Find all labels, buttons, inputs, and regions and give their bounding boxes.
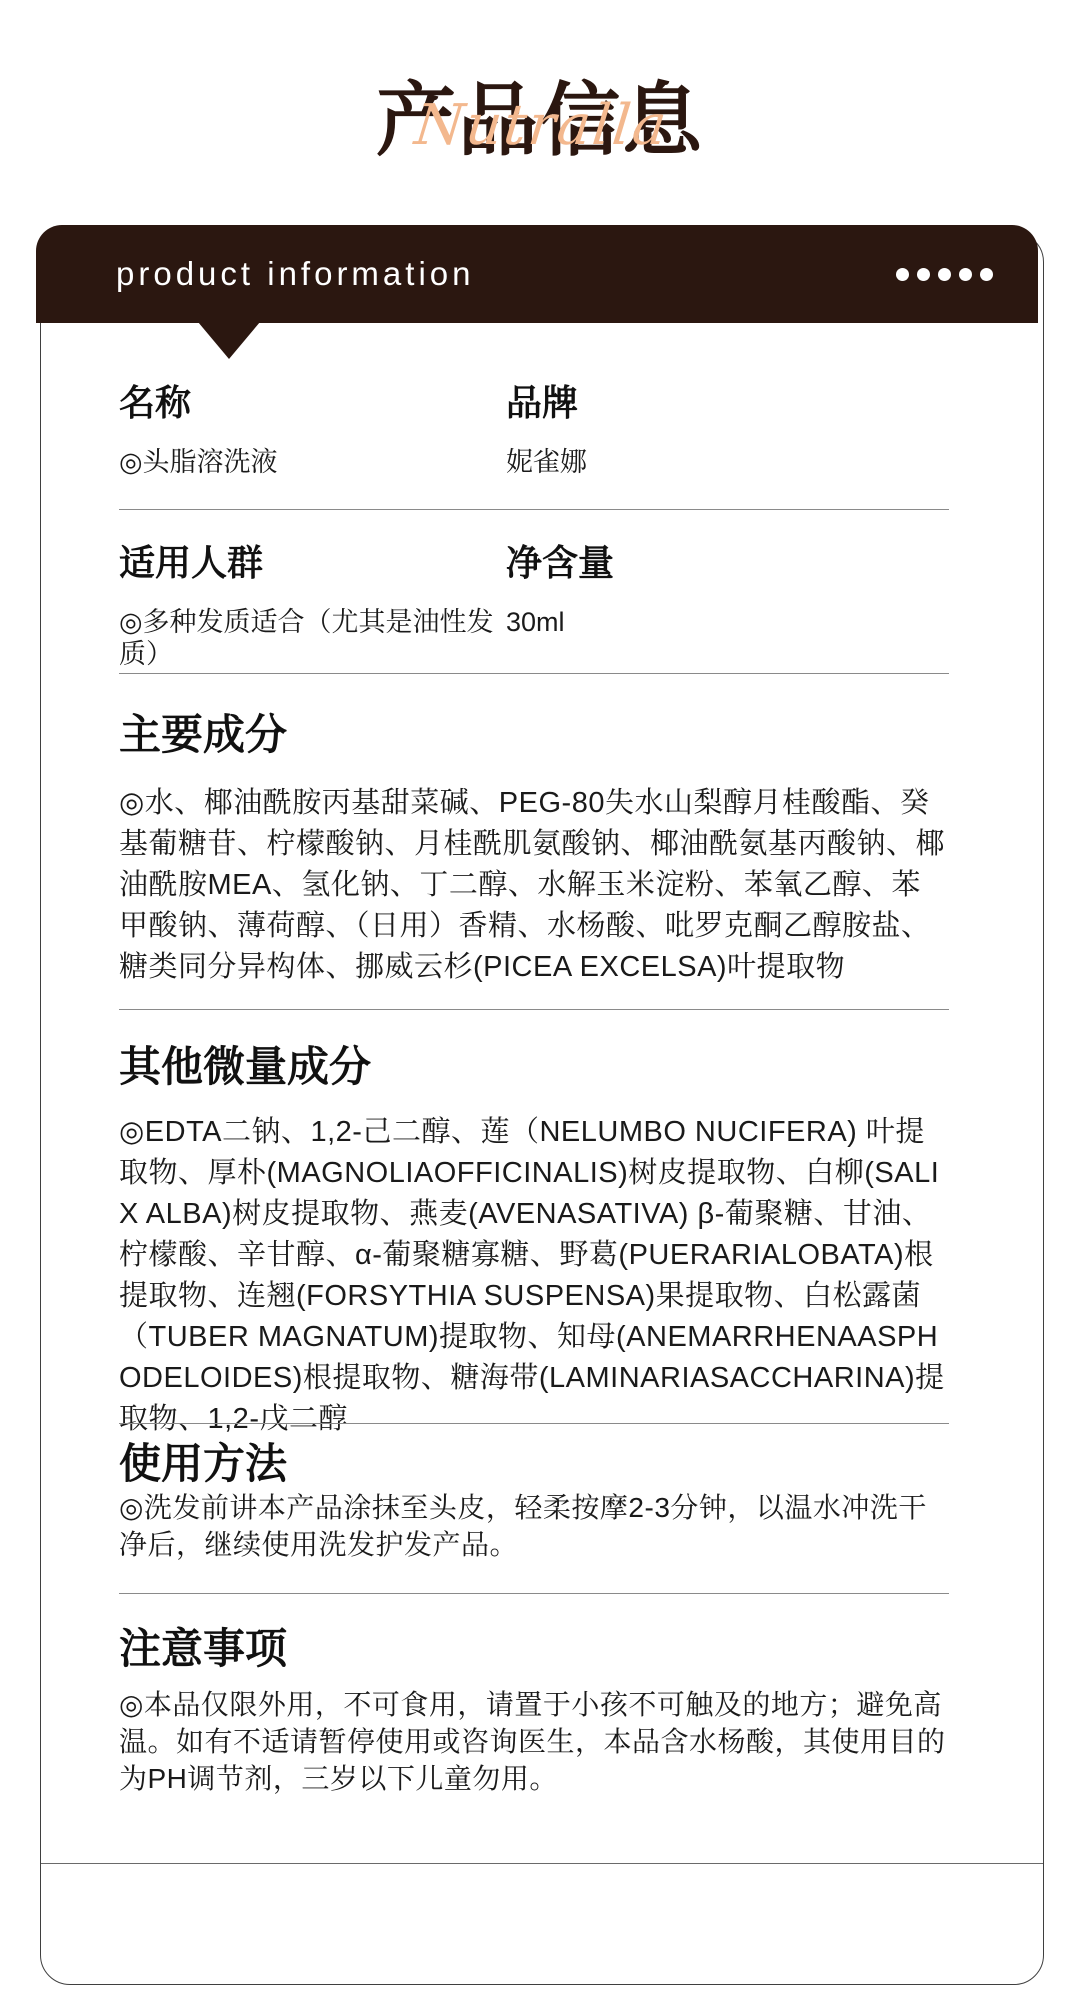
section-main-ingredients-heading: 主要成分 <box>119 713 949 759</box>
dot-icon <box>917 268 930 281</box>
field-users: 适用人群 ◎多种发质适合（尤其是油性发质） <box>119 544 506 670</box>
divider <box>119 1009 949 1010</box>
field-brand: 品牌 妮雀娜 <box>506 384 949 478</box>
field-users-heading: 适用人群 <box>119 544 506 584</box>
section-trace-ingredients-heading: 其他微量成分 <box>119 1045 949 1091</box>
field-volume-value: 30ml <box>506 606 949 638</box>
field-name: 名称 ◎头脂溶洗液 <box>119 384 506 478</box>
section-trace-ingredients-body: ◎EDTA二钠、1,2-己二醇、莲（NELUMBO NUCIFERA) 叶提取物… <box>119 1112 949 1440</box>
speech-tail <box>198 322 260 359</box>
dot-icon <box>959 268 972 281</box>
field-name-value: ◎头脂溶洗液 <box>119 446 506 478</box>
section-main-ingredients-body: ◎水、椰油酰胺丙基甜菜碱、PEG-80失水山梨醇月桂酸酯、癸基葡糖苷、柠檬酸钠、… <box>119 783 949 988</box>
product-info-card: 名称 ◎头脂溶洗液 品牌 妮雀娜 适用人群 ◎多种发质适合（尤其是油性发质） 净… <box>40 232 1044 1985</box>
dot-icon <box>980 268 993 281</box>
divider <box>119 1423 949 1424</box>
field-volume-heading: 净含量 <box>506 544 949 584</box>
brand-watermark: Nutralla <box>411 92 671 159</box>
section-precautions-heading: 注意事项 <box>119 1627 949 1673</box>
dot-icon <box>896 268 909 281</box>
field-brand-heading: 品牌 <box>506 384 949 424</box>
card-header-label: product information <box>116 255 474 293</box>
section-usage-body: ◎洗发前讲本产品涂抹至头皮，轻柔按摩2-3分钟，以温水冲洗干净后，继续使用洗发护… <box>119 1489 949 1563</box>
field-name-heading: 名称 <box>119 384 506 424</box>
field-brand-value: 妮雀娜 <box>506 446 949 478</box>
card-footer-line <box>41 1863 1043 1864</box>
card-header-bar: product information <box>36 225 1038 323</box>
divider <box>119 1593 949 1594</box>
header-dots <box>888 268 993 281</box>
divider <box>119 673 949 674</box>
section-precautions-body: ◎本品仅限外用，不可食用，请置于小孩不可触及的地方；避免高温。如有不适请暂停使用… <box>119 1686 949 1797</box>
dot-icon <box>938 268 951 281</box>
field-volume: 净含量 30ml <box>506 544 949 670</box>
divider <box>119 509 949 510</box>
section-usage-heading: 使用方法 <box>119 1442 949 1488</box>
field-users-value: ◎多种发质适合（尤其是油性发质） <box>119 606 506 671</box>
